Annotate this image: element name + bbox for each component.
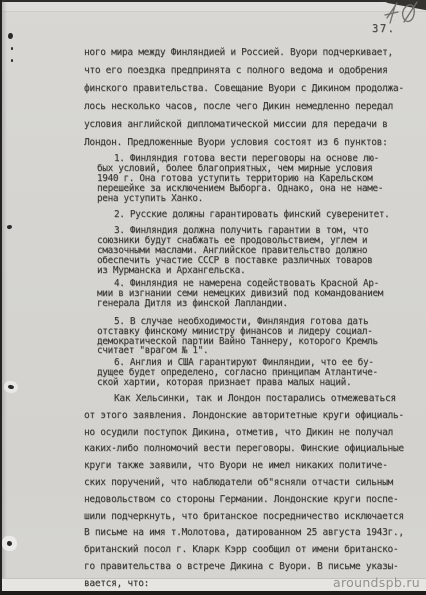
- text-line: генерала Дитля из финской Лапландии.: [97, 299, 421, 309]
- point-4: 4. Финляндия не намерена содействовать К…: [97, 279, 421, 309]
- watermark: aroundspb.ru: [333, 575, 420, 590]
- hole-punch-mark: [7, 541, 12, 546]
- paper-top-band: [2, 2, 426, 12]
- text-line: но осудили поступок Дикина, отметив, что…: [84, 425, 421, 442]
- text-line: го правительства о встрече Дикина с Вуор…: [84, 559, 421, 576]
- text-line: недовольством со стороны Германии. Лондо…: [84, 492, 421, 509]
- opening-paragraph: ного мира между Финляндией и Россией. Ву…: [84, 44, 421, 152]
- text-line: что его поездка предпринята с полного ве…: [84, 62, 421, 80]
- text-line: рена уступить Ханко.: [97, 194, 421, 204]
- point-6: 6. Англия и США гарантируют Финляндии, ч…: [97, 358, 421, 388]
- page-number: 37.: [372, 23, 395, 35]
- point-1: 1. Финляндия готова вести переговоры на …: [97, 154, 421, 204]
- binding-mark: [7, 33, 13, 40]
- binding-mark: [7, 224, 13, 229]
- hole-punch-mark: [8, 385, 14, 390]
- text-line: Как Хельсинки, так и Лондон постарались …: [84, 391, 421, 408]
- point-5: 5. В случае необходимости, Финляндия гот…: [97, 317, 421, 357]
- document-text: ного мира между Финляндией и Россией. Ву…: [84, 44, 421, 593]
- text-line: Лондон. Предложенные Вуори условия состо…: [84, 134, 421, 152]
- text-line: от этого заявления. Лондонские авторитет…: [84, 408, 421, 425]
- text-line: ного мира между Финляндией и Россией. Ву…: [84, 44, 421, 62]
- text-line: 2. Русские должны гарантировать финский …: [97, 210, 421, 220]
- text-line: ских поручений, что наблюдатели об"яснял…: [84, 475, 421, 492]
- text-line: финского правительства. Совещание Вуори …: [84, 80, 421, 98]
- text-line: круги также заявили, что Вуори не имел н…: [84, 458, 421, 475]
- point-3: 3. Финляндия должна получить гарантии в …: [97, 226, 421, 276]
- text-line: В письме на имя т.Молотова, датированном…: [84, 525, 421, 542]
- text-line: шили подчеркнуть, что британское посредн…: [84, 509, 421, 526]
- paper-left-shadow: [2, 0, 7, 595]
- text-line: из Мурманска и Архангельска.: [97, 266, 421, 276]
- scanned-page: 37. ного мира между Финляндией и Россией…: [0, 0, 426, 595]
- text-line: каких-либо полномочий вести переговоры. …: [84, 441, 421, 458]
- text-line: условия английской дипломатической мисси…: [84, 116, 421, 134]
- point-2: 2. Русские должны гарантировать финский …: [97, 210, 421, 220]
- text-line: лось несколько часов, после чего Дикин н…: [84, 98, 421, 116]
- binding-mark: [11, 59, 13, 62]
- binding-mark: [11, 47, 13, 50]
- closing-paragraph: Как Хельсинки, так и Лондон постарались …: [84, 391, 421, 593]
- text-line: ской хартии, которая признает права малы…: [97, 378, 421, 388]
- text-line: отставку финскому министру финансов и ли…: [97, 327, 421, 337]
- text-line: считает "врагом № 1".: [97, 346, 421, 356]
- text-line: британский посол г. Кларк Кэрр сообщил о…: [84, 542, 421, 559]
